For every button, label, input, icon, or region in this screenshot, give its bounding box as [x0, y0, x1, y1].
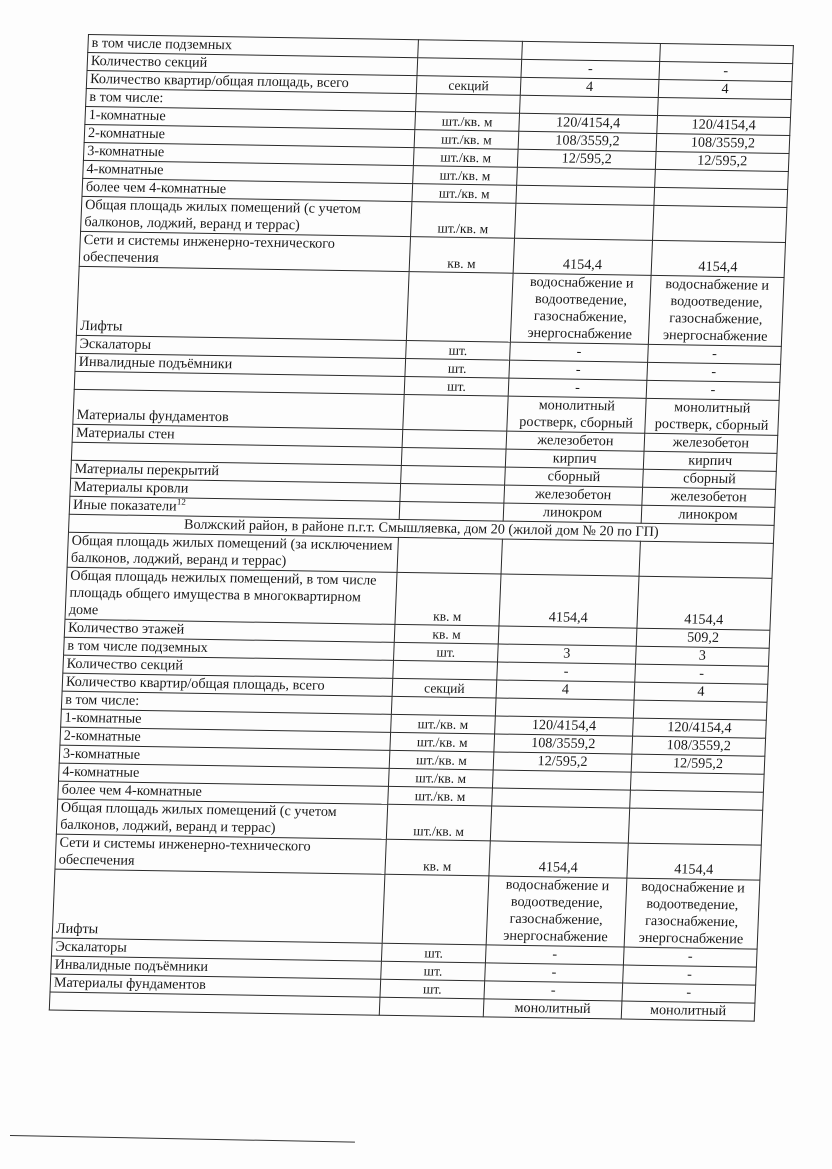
row-unit [401, 447, 506, 467]
row-value-1 [517, 167, 656, 187]
table-row: Лифтыводоснабжение и водоотведение, газо… [52, 869, 760, 949]
row-value-1: 4 [496, 680, 635, 700]
row-value-2: монолитный [621, 1001, 755, 1021]
row-value-1: - [521, 59, 660, 79]
row-value-1: - [510, 342, 649, 362]
row-unit: шт. [394, 642, 499, 662]
row-value-2 [653, 205, 787, 242]
table-container: в том числе подземныхКоличество секций--… [49, 34, 793, 1022]
row-value-2: 12/595,2 [631, 754, 765, 774]
row-unit: шт./кв. м [414, 130, 519, 150]
row-unit: кв. м [409, 237, 514, 274]
row-value-2: водоснабжение и водоотведение, газоснабж… [648, 275, 784, 346]
row-value-2: 108/3559,2 [656, 133, 790, 153]
row-value-2: - [623, 965, 757, 985]
row-label: Лифты [52, 869, 385, 943]
row-value-1 [490, 806, 629, 843]
row-unit: шт./кв. м [388, 786, 493, 806]
row-unit [401, 465, 506, 485]
row-value-2: 3 [635, 646, 769, 666]
row-value-2: - [647, 362, 781, 382]
row-value-1: водоснабжение и водоотведение, газоснабж… [510, 273, 651, 344]
row-value-1: - [497, 662, 636, 682]
row-label: Материалы фундаментов [73, 389, 404, 429]
row-value-2: - [659, 61, 793, 81]
row-value-2: - [623, 947, 757, 967]
row-value-2: сборный [643, 469, 777, 489]
row-unit [397, 537, 502, 574]
row-unit: шт./кв. м [413, 166, 518, 186]
row-value-1: 12/595,2 [517, 149, 656, 169]
row-value-1: - [485, 963, 624, 983]
row-value-1: - [509, 360, 648, 380]
row-value-2: монолитный ростверк, сборный [645, 398, 779, 435]
row-value-2: 4154,4 [651, 240, 785, 277]
row-value-2: 12/595,2 [655, 151, 789, 171]
row-value-1 [495, 698, 634, 718]
row-unit: кв. м [394, 624, 499, 644]
row-value-1: 120/4154,4 [495, 716, 634, 736]
row-value-2 [658, 97, 792, 117]
row-label: Общая площадь нежилых помещений, в том ч… [65, 567, 397, 624]
row-value-1 [492, 788, 631, 808]
row-value-2: 4 [634, 682, 768, 702]
row-value-2: водоснабжение и водоотведение, газоснабж… [624, 878, 760, 949]
row-value-1: 12/595,2 [493, 752, 632, 772]
row-value-1: 4154,4 [499, 574, 639, 628]
row-unit [382, 874, 489, 945]
row-unit: шт. [406, 341, 511, 361]
building-indicators-table: в том числе подземныхКоличество секций--… [49, 34, 794, 1022]
row-value-2 [630, 790, 764, 810]
row-value-1: 4154,4 [489, 841, 628, 878]
row-value-2: железобетон [642, 487, 776, 507]
row-value-2 [654, 187, 788, 207]
row-value-1: монолитный ростверк, сборный [507, 396, 646, 433]
row-value-1: водоснабжение и водоотведение, газоснабж… [486, 876, 627, 947]
row-value-2: - [635, 664, 769, 684]
row-value-2 [628, 808, 762, 845]
row-unit: кв. м [385, 839, 490, 876]
row-value-1: 108/3559,2 [494, 734, 633, 754]
row-label: Общая площадь жилых помещений (за исключ… [67, 532, 398, 572]
row-value-1 [501, 539, 640, 576]
row-value-1: линокром [503, 503, 642, 523]
row-value-1 [498, 626, 637, 646]
row-unit: секций [392, 678, 497, 698]
row-value-2 [633, 700, 767, 720]
row-unit: шт./кв. м [386, 804, 491, 841]
table-body-part-1: в том числе подземныхКоличество секций--… [69, 35, 793, 526]
row-label: Общая площадь жилых помещений (с учетом … [81, 196, 412, 236]
row-value-1: - [508, 378, 647, 398]
row-unit: шт./кв. м [390, 732, 495, 752]
row-value-2: 120/4154,4 [657, 115, 791, 135]
row-value-1: - [485, 945, 624, 965]
row-value-2: железобетон [644, 433, 778, 453]
row-label: Общая площадь жилых помещений (с учетом … [56, 799, 387, 839]
row-unit: шт./кв. м [415, 112, 520, 132]
row-unit [417, 58, 522, 78]
row-unit: шт./кв. м [391, 714, 496, 734]
row-value-2 [639, 541, 773, 578]
row-value-2: - [646, 380, 780, 400]
row-unit: шт. [404, 377, 509, 397]
row-value-1 [515, 203, 654, 240]
row-value-1 [492, 770, 631, 790]
row-value-1 [516, 185, 655, 205]
row-value-2: 509,2 [636, 628, 770, 648]
row-unit: шт. [380, 979, 485, 999]
row-value-2 [630, 772, 764, 792]
row-value-2: - [622, 983, 756, 1003]
row-unit: шт./кв. м [413, 148, 518, 168]
row-unit: шт./кв. м [389, 750, 494, 770]
row-unit [402, 429, 507, 449]
row-unit: шт. [381, 961, 486, 981]
row-unit: секций [416, 76, 521, 96]
row-label [49, 992, 380, 1015]
row-value-2: линокром [641, 505, 775, 525]
row-value-1: монолитный [483, 999, 622, 1019]
row-unit [393, 660, 498, 680]
row-value-1: железобетон [504, 485, 643, 505]
row-value-1 [520, 95, 659, 115]
row-value-1: 120/4154,4 [519, 113, 658, 133]
scanned-page: в том числе подземныхКоличество секций--… [0, 0, 832, 1169]
row-unit: шт./кв. м [411, 202, 516, 239]
row-value-2: - [648, 344, 782, 364]
row-unit: шт./кв. м [388, 768, 493, 788]
row-unit: шт. [381, 943, 486, 963]
row-value-2: кирпич [643, 451, 777, 471]
row-unit [379, 997, 484, 1017]
row-value-1: железобетон [506, 431, 645, 451]
row-unit [406, 272, 513, 343]
row-label: Лифты [76, 266, 409, 340]
table-row: Лифтыводоснабжение и водоотведение, газо… [76, 266, 784, 346]
row-label: Сети и системы инженерно-технического об… [55, 834, 386, 874]
row-unit [399, 501, 504, 521]
row-value-1: 4154,4 [513, 238, 652, 275]
row-value-1: 108/3559,2 [518, 131, 657, 151]
row-unit [418, 40, 523, 60]
row-value-2 [655, 169, 789, 189]
row-value-2: 108/3559,2 [632, 736, 766, 756]
row-value-2 [660, 43, 794, 63]
row-value-1 [522, 41, 661, 61]
row-value-1: сборный [505, 467, 644, 487]
row-label: Сети и системы инженерно-технического об… [79, 231, 410, 271]
row-unit [400, 483, 505, 503]
table-body-part-2: Общая площадь жилых помещений (за исключ… [49, 532, 773, 1021]
row-value-1: 4 [520, 77, 659, 97]
row-value-1: кирпич [505, 449, 644, 469]
row-unit [391, 696, 496, 716]
row-value-2: 4154,4 [627, 843, 761, 880]
row-unit: шт./кв. м [412, 184, 517, 204]
footnote-reference: 12 [177, 497, 186, 507]
row-value-2: 120/4154,4 [633, 718, 767, 738]
row-unit: шт. [405, 359, 510, 379]
row-unit [416, 94, 521, 114]
row-unit: кв. м [395, 572, 501, 626]
row-value-1: - [484, 981, 623, 1001]
row-unit [403, 395, 508, 432]
row-value-1: 3 [497, 644, 636, 664]
row-value-2: 4 [658, 79, 792, 99]
row-value-2: 4154,4 [637, 576, 772, 630]
footnote-separator [10, 1135, 355, 1143]
